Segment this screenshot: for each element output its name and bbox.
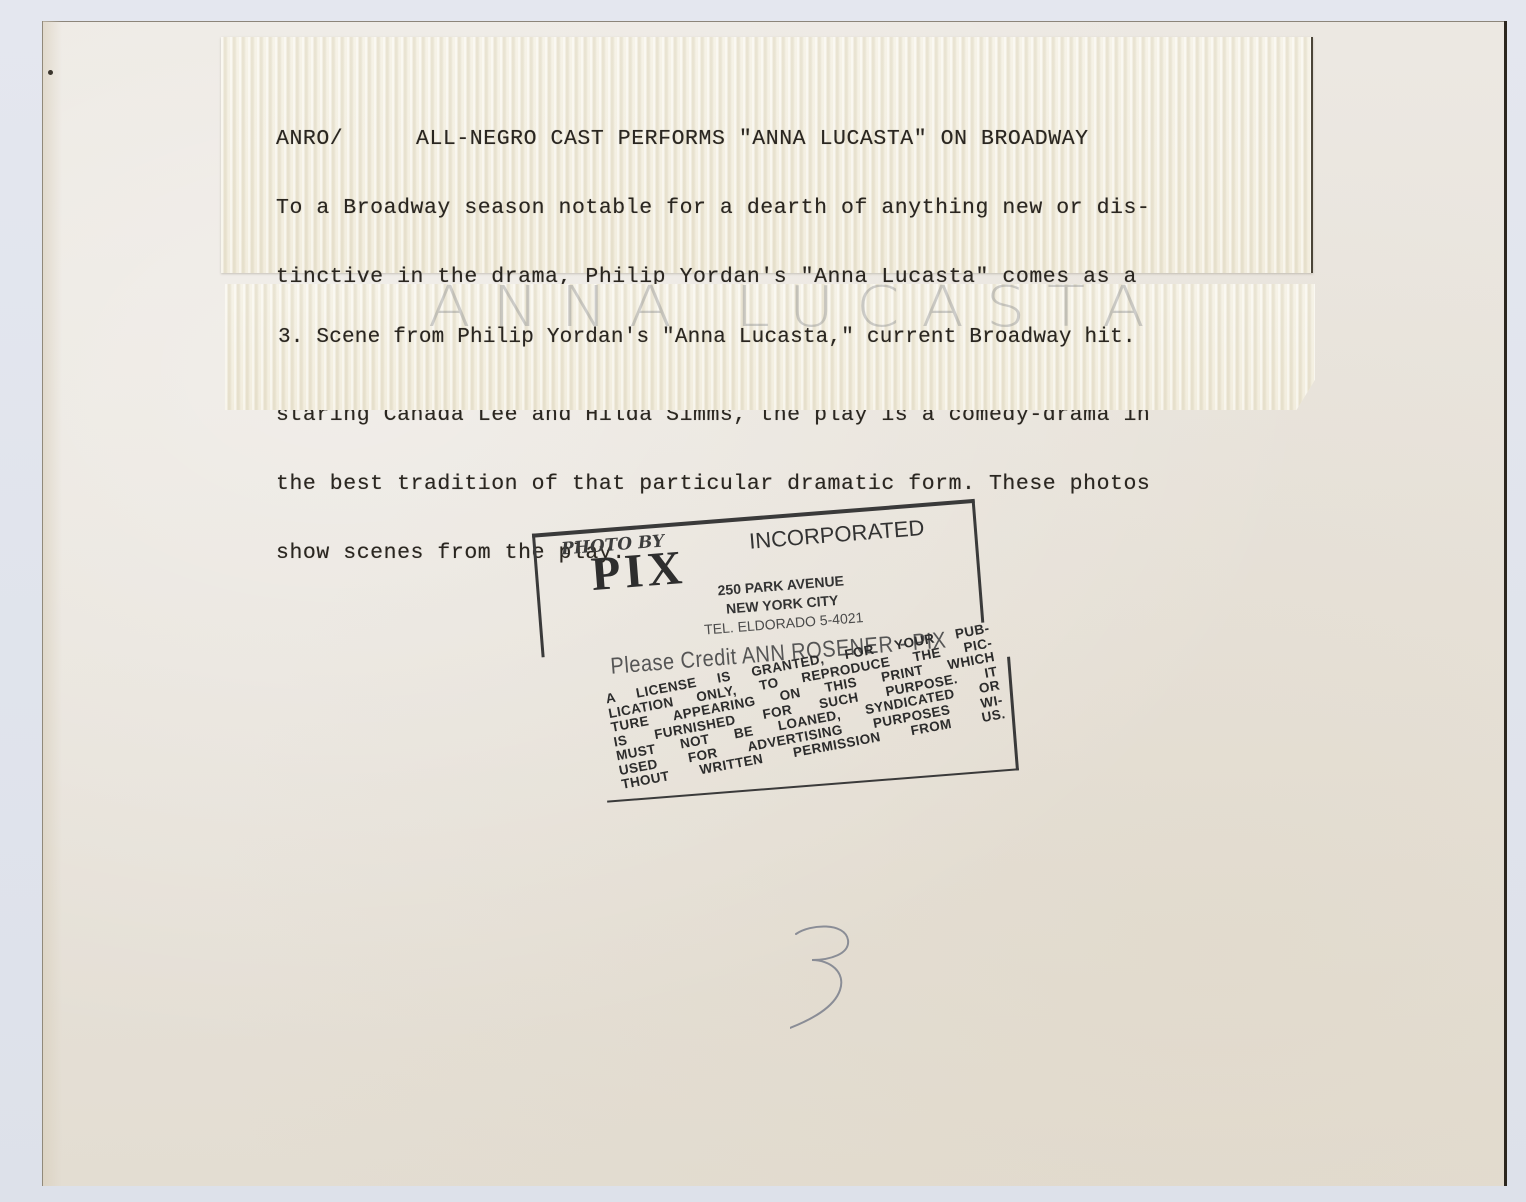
body-line: To a Broadway season notable for a deart…: [276, 197, 1150, 220]
caption-strip: ANRO/ALL-NEGRO CAST PERFORMS "ANNA LUCAS…: [221, 37, 1313, 273]
slug: ANRO/: [276, 128, 416, 151]
pencil-annotation-title: ANNA LUCASTA: [428, 274, 1167, 340]
pencil-annotation-number: [790, 920, 860, 1030]
headline-row: ANRO/ALL-NEGRO CAST PERFORMS "ANNA LUCAS…: [276, 128, 1150, 151]
agency-stamp: PHOTO BY PIX INCORPORATED 250 PARK AVENU…: [523, 457, 1027, 824]
headline: ALL-NEGRO CAST PERFORMS "ANNA LUCASTA" O…: [416, 127, 1089, 151]
dust-speck: [48, 70, 53, 75]
